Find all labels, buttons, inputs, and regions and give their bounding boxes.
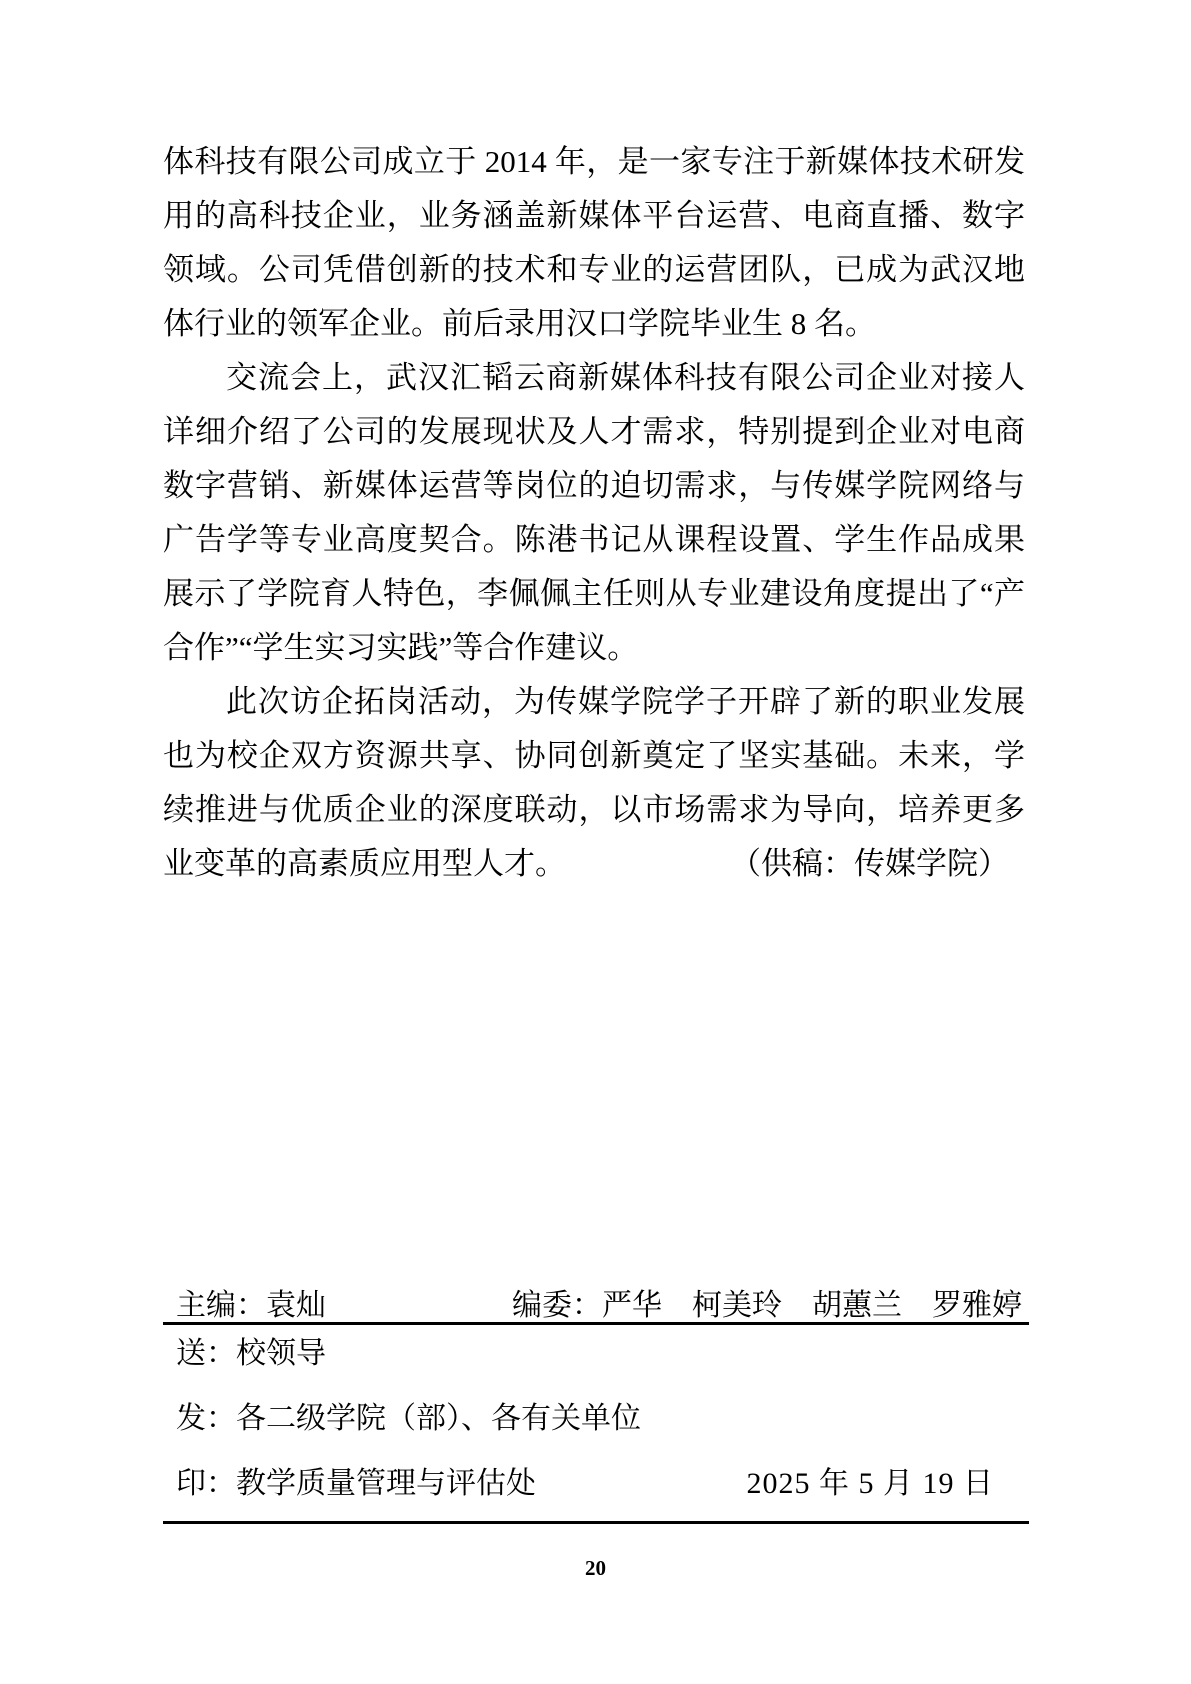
body-line: 展示了学院育人特色，李佩佩主任则从专业建设角度提出了“产学研 xyxy=(163,567,1025,621)
page-number: 20 xyxy=(0,1556,1191,1581)
footer-editors-row: 主编：袁灿 编委：严华 柯美玲 胡蕙兰 罗雅婷 xyxy=(176,1288,1028,1324)
footer-send-row: 送：校领导 xyxy=(176,1336,1028,1372)
editorial-board: 编委：严华 柯美玲 胡蕙兰 罗雅婷 xyxy=(512,1288,1022,1324)
body-line: 体行业的领军企业。前后录用汉口学院毕业生 8 名。 xyxy=(163,297,1025,351)
body-line: 交流会上，武汉汇韬云商新媒体科技有限公司企业对接人唐佳玉 xyxy=(163,351,1025,405)
body-line: 广告学等专业高度契合。陈港书记从课程设置、学生作品成果等方面 xyxy=(163,513,1025,567)
footer-print-row: 印：教学质量管理与评估处 2025 年 5 月 19 日 xyxy=(176,1466,1028,1502)
printed-by: 印：教学质量管理与评估处 xyxy=(176,1466,536,1502)
footer-divider-top xyxy=(163,1322,1029,1325)
body-line: 体科技有限公司成立于 2014 年，是一家专注于新媒体技术研发与应 xyxy=(163,135,1025,189)
print-date: 2025 年 5 月 19 日 xyxy=(747,1466,995,1502)
body-line: 续推进与优质企业的深度联动，以市场需求为导向，培养更多适应行 xyxy=(163,783,1025,837)
footer-distribute-row: 发：各二级学院（部）、各有关单位 xyxy=(176,1401,1028,1437)
closing-text: 业变革的高素质应用型人才。 xyxy=(163,837,566,891)
body-line: 用的高科技企业，业务涵盖新媒体平台运营、电商直播、数字营销等 xyxy=(163,189,1025,243)
body-line: 此次访企拓岗活动，为传媒学院学子开辟了新的职业发展空间， xyxy=(163,675,1025,729)
body-line: 合作”“学生实习实践”等合作建议。 xyxy=(163,621,1025,675)
body-line: 也为校企双方资源共享、协同创新奠定了坚实基础。未来，学院将持 xyxy=(163,729,1025,783)
body-text: 体科技有限公司成立于 2014 年，是一家专注于新媒体技术研发与应 用的高科技企… xyxy=(163,135,1025,891)
footer-divider-bottom xyxy=(163,1521,1029,1524)
chief-editor: 主编：袁灿 xyxy=(176,1289,326,1322)
body-closing-line: 业变革的高素质应用型人才。 （供稿：传媒学院） xyxy=(163,837,1025,891)
body-line: 详细介绍了公司的发展现状及人才需求，特别提到企业对电商直播、 xyxy=(163,405,1025,459)
body-line: 领域。公司凭借创新的技术和专业的运营团队，已成为武汉地区新媒 xyxy=(163,243,1025,297)
body-line: 数字营销、新媒体运营等岗位的迫切需求，与传媒学院网络与新媒体、 xyxy=(163,459,1025,513)
document-page: 体科技有限公司成立于 2014 年，是一家专注于新媒体技术研发与应 用的高科技企… xyxy=(0,0,1191,1684)
attribution: （供稿：传媒学院） xyxy=(730,837,1009,891)
